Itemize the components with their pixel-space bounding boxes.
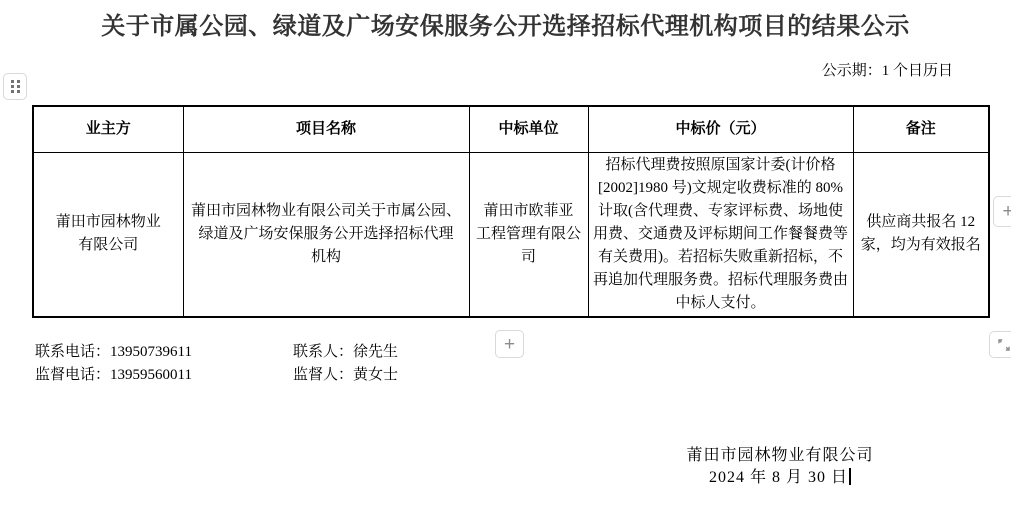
plus-icon: + — [1002, 202, 1011, 221]
announcement-page: 关于市属公园、绿道及广场安保服务公开选择招标代理机构项目的结果公示 公示期：1 … — [0, 0, 1011, 531]
drag-handle-icon — [11, 80, 20, 93]
expand-icon — [998, 339, 1010, 351]
drag-handle-button[interactable] — [3, 73, 27, 100]
cell-owner: 莆田市园林物业 有限公司 — [33, 152, 183, 317]
contact-persons-block: 联系人：徐先生 监督人：黄女士 — [293, 341, 398, 386]
contact-phones-block: 联系电话：13950739611 监督电话：13959560011 — [35, 341, 192, 386]
col-header-remarks: 备注 — [853, 106, 989, 152]
text-cursor — [849, 468, 851, 485]
cell-winning-bidder: 莆田市欧菲亚 工程管理有限公 司 — [469, 152, 588, 317]
col-header-winning-bidder: 中标单位 — [469, 106, 588, 152]
cell-remarks: 供应商共报名 12 家，均为有效报名 — [853, 152, 989, 317]
col-header-winning-price: 中标价（元） — [588, 106, 853, 152]
table-header-row: 业主方 项目名称 中标单位 中标价（元） 备注 — [33, 106, 989, 152]
plus-icon: + — [504, 335, 515, 354]
col-header-project-name: 项目名称 — [183, 106, 469, 152]
expand-table-button[interactable] — [989, 331, 1011, 358]
contact-person: 联系人：徐先生 — [293, 341, 398, 364]
supervisor-person: 监督人：黄女士 — [293, 364, 398, 387]
cell-project-name: 莆田市园林物业有限公司关于市属公园、 绿道及广场安保服务公开选择招标代理 机构 — [183, 152, 469, 317]
col-header-owner: 业主方 — [33, 106, 183, 152]
add-row-button[interactable]: + — [495, 330, 524, 358]
signature-date-line: 2024 年 8 月 30 日 — [635, 467, 925, 489]
bid-result-table: 业主方 项目名称 中标单位 中标价（元） 备注 莆田市园林物业 有限公司 莆田市… — [32, 105, 990, 318]
table-row: 莆田市园林物业 有限公司 莆田市园林物业有限公司关于市属公园、 绿道及广场安保服… — [33, 152, 989, 317]
publicity-period-label: 公示期：1 个日历日 — [822, 59, 953, 80]
cell-winning-price: 招标代理费按照原国家计委(计价格 [2002]1980 号)文规定收费标准的 8… — [588, 152, 853, 317]
signature-company: 莆田市园林物业有限公司 — [635, 445, 925, 467]
signature-block: 莆田市园林物业有限公司 2024 年 8 月 30 日 — [635, 445, 925, 489]
contact-phone: 联系电话：13950739611 — [35, 341, 192, 364]
page-title: 关于市属公园、绿道及广场安保服务公开选择招标代理机构项目的结果公示 — [0, 6, 1011, 41]
add-column-button[interactable]: + — [993, 196, 1011, 227]
signature-date: 2024 年 8 月 30 日 — [709, 469, 848, 486]
supervise-phone: 监督电话：13959560011 — [35, 364, 192, 387]
